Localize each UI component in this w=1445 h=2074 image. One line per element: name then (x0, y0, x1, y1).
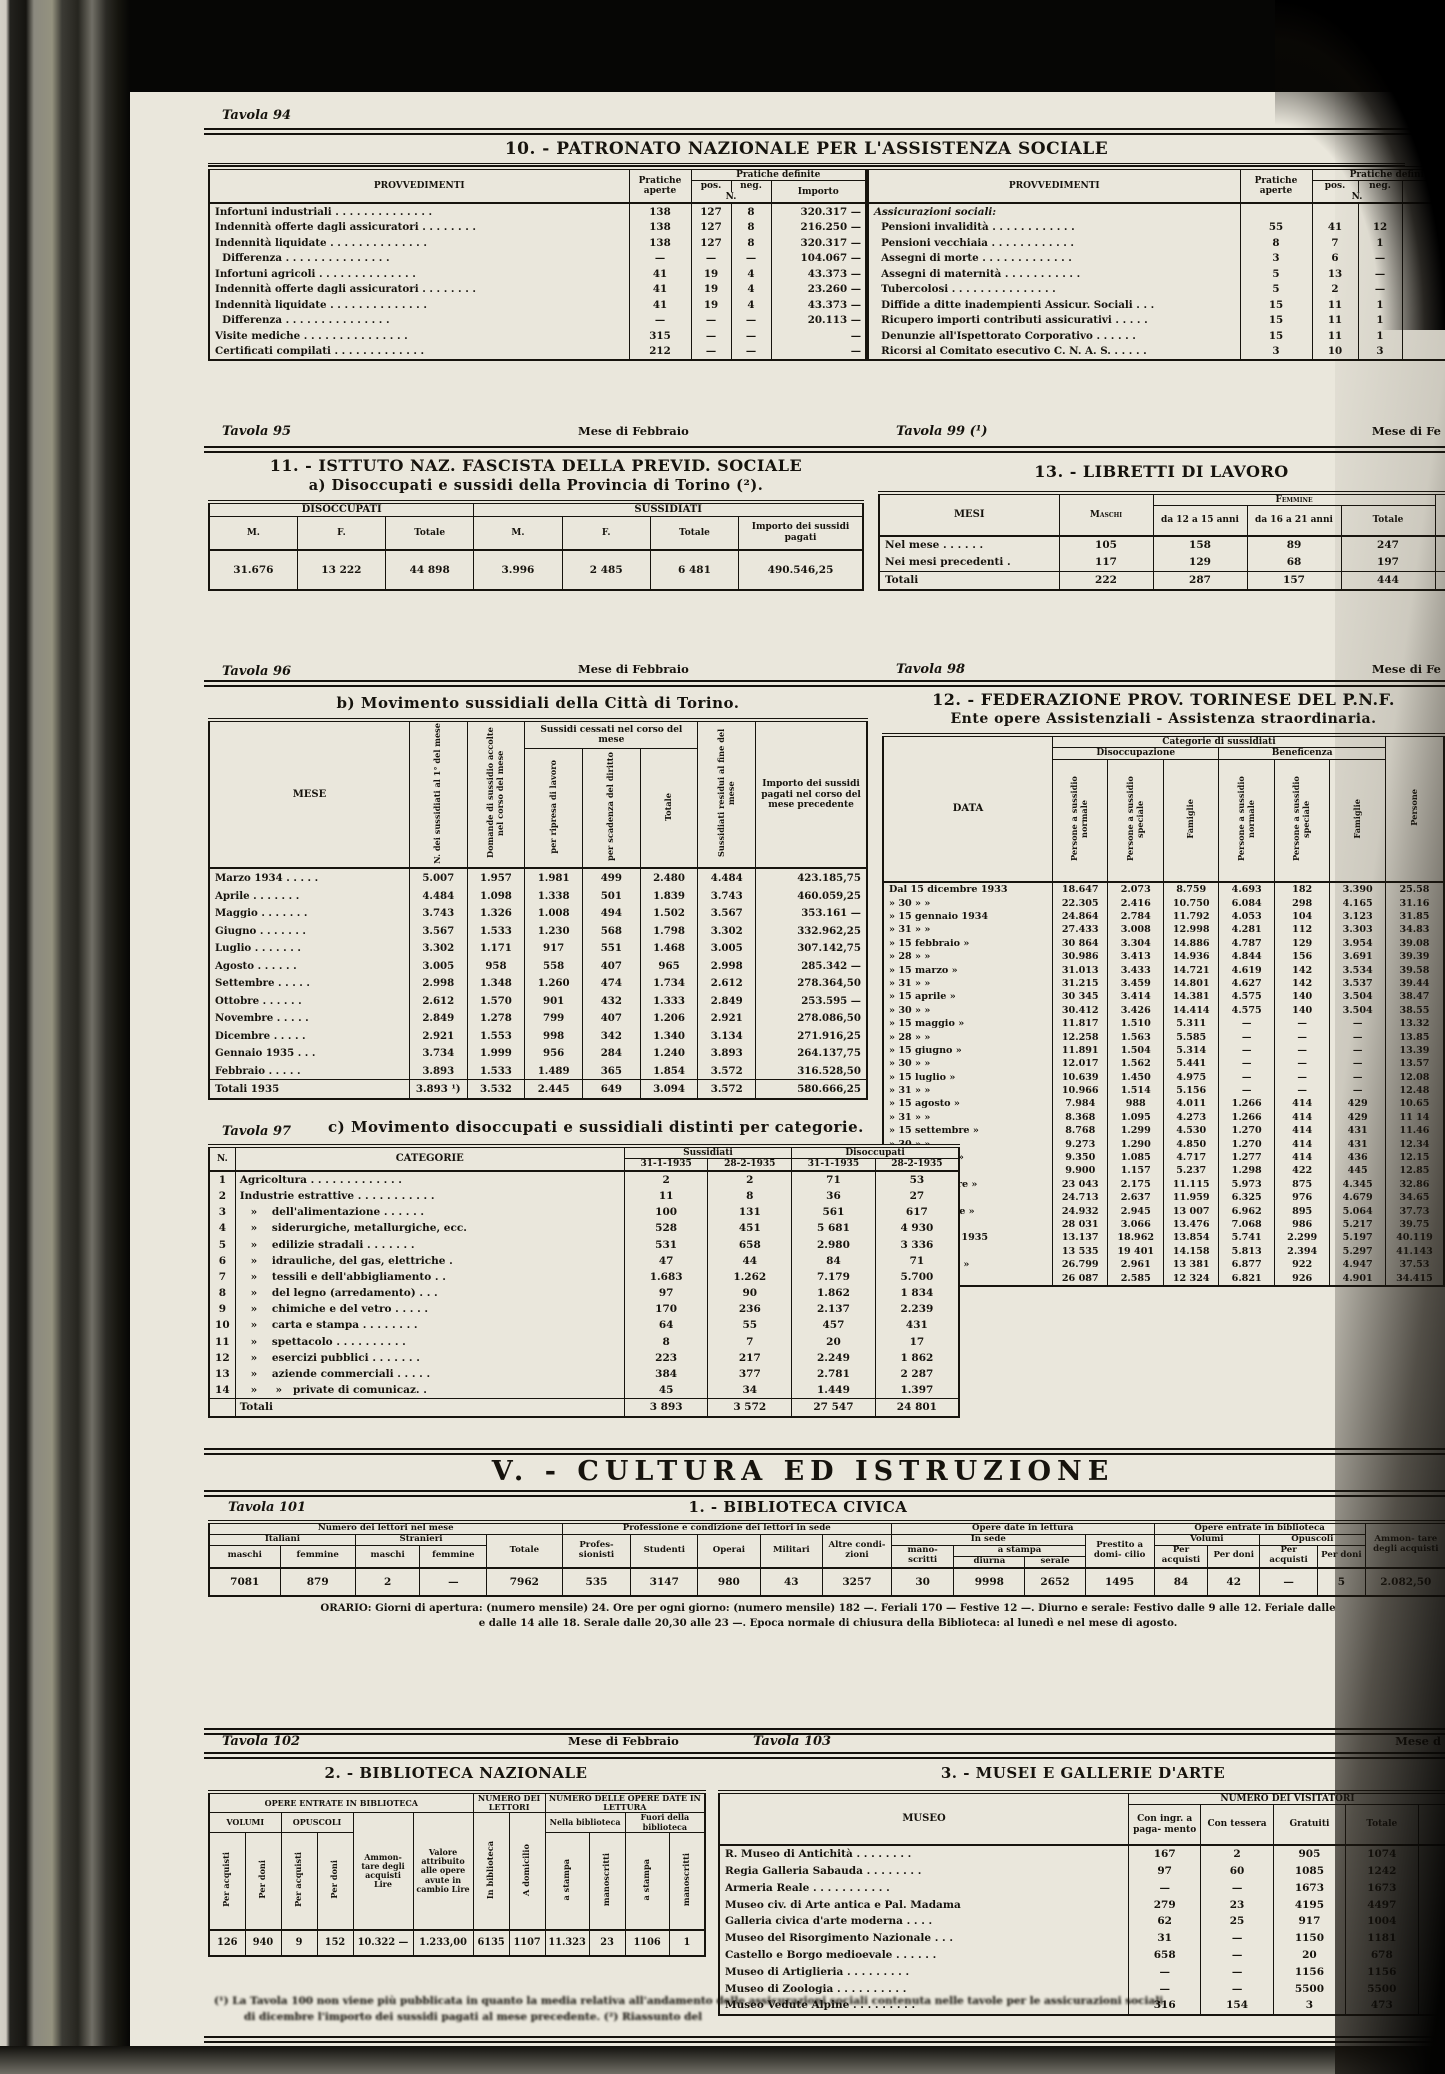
libretti-lavoro-table: MESI Maschi Femmine da 12 a 15 anni da 1… (878, 491, 1445, 591)
table-cell: 5.314 (1163, 1044, 1218, 1057)
table-cell: 4.679 (1330, 1191, 1386, 1204)
group-visitatori: NUMERO DEI VISITATORI (1129, 1792, 1445, 1805)
table-cell: Ricorsi al Comitato esecutivo C. N. A. S… (868, 344, 1240, 361)
table-cell: 1 (1358, 297, 1402, 313)
table-cell: 6135 (473, 1930, 509, 1956)
group-opere-entrate: OPERE ENTRATE IN BIBLIOTECA (209, 1792, 473, 1813)
table-cell: — (771, 344, 866, 361)
col-header-per-acquisti: Per acquisti (222, 1852, 232, 1907)
table-cell: 4497 (1346, 1896, 1418, 1913)
col-header-pratiche-definite: Pratiche definite (1312, 168, 1445, 181)
table-cell: 1.504 (1108, 1044, 1163, 1057)
table-cell: 9998 (954, 1568, 1025, 1596)
table-cell: — (1201, 1947, 1273, 1964)
table-cell: 34.415 (1385, 1271, 1444, 1285)
table-cell: 10 (1312, 344, 1358, 361)
table-cell: 11 (209, 1334, 235, 1350)
table-cell: 112 (1274, 923, 1329, 936)
table-cell: 5.741 (1219, 1231, 1274, 1244)
table-cell: » 31 » » (883, 923, 1053, 936)
table-cell: 501 (582, 887, 640, 905)
table-cell: Industrie estrattive . . . . . . . . . .… (235, 1188, 624, 1204)
table-cell: 1.957 (467, 868, 525, 887)
table-cell: Agosto . . . . . . (209, 957, 409, 975)
table-cell: 53 (875, 1171, 959, 1188)
table-cell: » 15 febbraio » (883, 937, 1053, 950)
table-row: » 31 » »28 0313.06613.4767.0689865.21739… (883, 1218, 1444, 1231)
table-row: » 15 giugno »11.8911.5045.314———13.39 (883, 1044, 1444, 1057)
table-cell: 8.768 (1053, 1124, 1108, 1137)
table-cell: 2.585 (1108, 1271, 1163, 1285)
tavola-94-label: Tavola 94 (222, 108, 291, 123)
table-cell: 3.303 (1330, 923, 1386, 936)
table-row: Dal 15 dicembre 193318.6472.0738.7594.69… (883, 882, 1444, 896)
table-cell: 45 (624, 1382, 708, 1399)
table-cell: 2.612 (698, 974, 756, 992)
table-cell: 11 (624, 1188, 708, 1204)
col-header-diurna: diurna (954, 1556, 1025, 1567)
table-cell: 678 (1346, 1947, 1418, 1964)
table-cell: » del legno (arredamento) . . . (235, 1285, 624, 1301)
musei-table: MUSEO NUMERO DEI VISITATORI Con ingr. a … (718, 1790, 1445, 2016)
table-cell: 126 (209, 1930, 245, 1956)
table-cell: 7081 (209, 1568, 280, 1596)
table-cell: 3.433 (1108, 963, 1163, 976)
col-header-a-stampa: a stampa (562, 1859, 572, 1901)
col-header-neg: neg. (731, 181, 771, 192)
table-cell: — (1219, 1057, 1274, 1070)
footnote: (¹) La Tavola 100 non viene più pubblica… (214, 1994, 1438, 2026)
table-cell: — (1274, 1044, 1329, 1057)
table-cell: Diffide a ditte inadempienti Assicur. So… (868, 297, 1240, 313)
table-cell: 84 (792, 1253, 876, 1269)
table-cell: 2.416 (1108, 896, 1163, 909)
table-row: » 31 » »9.9001.1575.2371.29842244512.85 (883, 1164, 1444, 1177)
table-cell: 1.270 (1219, 1124, 1274, 1137)
col-header-famiglie: Famiglie (1186, 799, 1196, 839)
table-cell: 3.893 (409, 1062, 467, 1080)
col-header-gratuiti: Gratuiti (1273, 1805, 1345, 1845)
col-header-provvedimenti: PROVVEDIMENTI (209, 168, 629, 203)
table-row: Novembre . . . . .2.8491.2787994071.2062… (209, 1009, 867, 1027)
col-header-a-domicilio: A domicilio (522, 1844, 532, 1896)
col-header-ingresso: Con ingr. a paga- mento (1129, 1805, 1201, 1845)
biblioteca-civica-table: Numero dei lettori nel mese Professione … (208, 1520, 1445, 1597)
table-cell: 1.157 (1108, 1164, 1163, 1177)
table-cell: 7 (1312, 235, 1358, 251)
table-cell: 2.781 (792, 1366, 876, 1382)
table-cell: 36 (792, 1188, 876, 1204)
table-cell: » 28 » » (883, 1030, 1053, 1043)
col-header-altre: Altre condi- zioni (823, 1534, 892, 1567)
table-cell: 13 535 (1053, 1245, 1108, 1258)
table-cell: 980 (698, 1568, 760, 1596)
table-cell: Museo di Artiglieria . . . . . . . . . (719, 1963, 1129, 1980)
col-header-opuscoli: OPUSCOLI (281, 1813, 353, 1832)
table-cell: — (1274, 1057, 1329, 1070)
table-cell: 138 (629, 220, 691, 236)
table-cell: 3.414 (1108, 990, 1163, 1003)
table-cell: 212 (629, 344, 691, 361)
section-musei: 3. - MUSEI E GALLERIE D'ARTE MUSEO NUMER… (718, 1760, 1445, 2016)
section-12: 12. - FEDERAZIONE PROV. TORINESE DEL P.N… (882, 690, 1445, 1287)
table-cell: — (1358, 251, 1402, 267)
col-header-per-acquisti: Per acquisti (1154, 1545, 1208, 1567)
table-cell: 30.986 (1053, 950, 1108, 963)
table-cell: 197 (1341, 554, 1435, 572)
table-cell: 31 (1129, 1930, 1201, 1947)
table-cell: Indennità liquidate . . . . . . . . . . … (209, 297, 629, 313)
table-row: 4 » siderurgiche, metallurgiche, ecc.528… (209, 1220, 959, 1236)
table-cell: 9 (209, 1301, 235, 1317)
table-cell: 384 (624, 1366, 708, 1382)
table-cell: 37.73 (1385, 1204, 1444, 1217)
table-cell: 342 (582, 1027, 640, 1045)
table-cell: 1242 (1346, 1863, 1418, 1880)
mese-label: Mese di Febbraio (578, 662, 689, 676)
col-header-serale: serale (1025, 1556, 1085, 1567)
col-header-cut: Persone (1410, 789, 1420, 826)
table-cell: 24.864 (1053, 910, 1108, 923)
table-cell: 4.844 (1219, 950, 1274, 963)
table-row: Regia Galleria Sabauda . . . . . . . .97… (719, 1863, 1445, 1880)
table-cell: 5.441 (1163, 1057, 1218, 1070)
table-cell: 1.734 (640, 974, 698, 992)
col-header-m: M. (209, 516, 297, 550)
table-cell: — (691, 313, 731, 329)
table-cell: 30 (891, 1568, 953, 1596)
col-header-cut (1418, 1805, 1445, 1845)
table-row: » 15 agosto »7.9849884.0111.26641442910.… (883, 1097, 1444, 1110)
table-cell: 253.595 — (756, 992, 867, 1010)
table-cell: 41 (629, 297, 691, 313)
table-cell: 320.317 — (771, 235, 866, 251)
col-header-da12: da 12 a 15 anni (1153, 506, 1247, 536)
table-cell: 617 (875, 1204, 959, 1220)
table-cell: — (1129, 1879, 1201, 1896)
col-header-totale: Totale (487, 1534, 562, 1567)
table-cell: 3.005 (698, 939, 756, 957)
table-cell: » 30 » » (883, 1004, 1053, 1017)
table-cell: 19 401 (1108, 1245, 1163, 1258)
scan-bottom-edge (0, 2046, 1445, 2074)
table-row: » 15 maggio »11.8171.5105.311———13.32 (883, 1017, 1444, 1030)
table-cell: 5.973 (1219, 1178, 1274, 1191)
col-header-pratiche-aperte: Pratiche aperte (629, 168, 691, 203)
table-cell: » 30 » » (883, 896, 1053, 909)
table-cell: 7.179 (792, 1269, 876, 1285)
table-cell: 1.449 (792, 1382, 876, 1399)
biblioteca-nazionale-table: OPERE ENTRATE IN BIBLIOTECA NUMERO DEI L… (208, 1790, 706, 1957)
table-cell: 799 (525, 1009, 583, 1027)
col-header-m: M. (474, 516, 562, 550)
table-cell: 13.32 (1385, 1017, 1444, 1030)
table-row: 1Agricoltura . . . . . . . . . . . . .22… (209, 1171, 959, 1188)
table-cell: 3.304 (1108, 937, 1163, 950)
table-cell: 11.115 (1163, 1178, 1218, 1191)
table-cell: 6 (209, 1253, 235, 1269)
section-b-title: b) Movimento sussidiali della Città di T… (208, 690, 868, 718)
table-cell: 2.921 (409, 1027, 467, 1045)
col-header-femmine: femmine (280, 1545, 355, 1567)
table-row: Ricupero importi contributi assicurativi… (868, 313, 1445, 329)
table-cell: 4.975 (1163, 1071, 1218, 1084)
table-cell: 11.323 (545, 1930, 589, 1956)
table-cell: 140 (1274, 1004, 1329, 1017)
table-cell: 377 (708, 1366, 792, 1382)
table-cell: 1.553 (467, 1027, 525, 1045)
table-cell: 1.085 (1108, 1151, 1163, 1164)
table-row: Assegni di morte . . . . . . . . . . . .… (868, 251, 1445, 267)
table-cell: 431 (1330, 1124, 1386, 1137)
col-header-studenti: Studenti (631, 1534, 698, 1567)
table-cell: 4.273 (1163, 1111, 1218, 1124)
table-cell: 44 (708, 1253, 792, 1269)
col-header-sussidiati: Sussidiati (624, 1146, 791, 1159)
table-cell: 353.161 — (756, 904, 867, 922)
table-cell: 3.734 (409, 1044, 467, 1062)
table-cell: 1.683 (624, 1269, 708, 1285)
table-cell: 285.342 — (756, 957, 867, 975)
table-row: Totali3 8933 57227 54724 801 (209, 1399, 959, 1417)
table-cell: 5 (1240, 282, 1312, 298)
table-cell: Indennità offerte dagli assicuratori . .… (209, 282, 629, 298)
table-cell (1402, 297, 1445, 313)
table-row: » 15 marzo »31.0133.43314.7214.6191423.5… (883, 963, 1444, 976)
table-row: Ricorsi al Comitato esecutivo C. N. A. S… (868, 344, 1445, 361)
table-cell: 11.959 (1163, 1191, 1218, 1204)
table-row: Galleria civica d'arte moderna . . . .62… (719, 1913, 1445, 1930)
table-row: Differenza . . . . . . . . . . . . . . .… (209, 251, 866, 267)
table-cell: 2.784 (1108, 910, 1163, 923)
table-cell: Museo civ. di Arte antica e Pal. Madama (719, 1896, 1129, 1913)
table-cell: 41.143 (1385, 1245, 1444, 1258)
table-cell: 23 043 (1053, 1178, 1108, 1191)
table-cell: 4.345 (1330, 1178, 1386, 1191)
table-cell: » aziende commerciali . . . . . (235, 1366, 624, 1382)
table-cell: 42 (1208, 1568, 1260, 1596)
table-row: R. Museo di Antichità . . . . . . . .167… (719, 1845, 1445, 1863)
table-cell: 7.068 (1219, 1218, 1274, 1231)
table-row: » 28 » »12.2581.5635.585———13.85 (883, 1030, 1444, 1043)
table-cell: Pensioni invalidità . . . . . . . . . . … (868, 220, 1240, 236)
table-cell (209, 1399, 235, 1417)
table-cell: 1181 (1346, 1930, 1418, 1947)
table-cell (1402, 251, 1445, 267)
table-cell: 3.954 (1330, 937, 1386, 950)
table-cell: 14.801 (1163, 977, 1218, 990)
rule-top (204, 128, 1445, 135)
table-row: 12 » esercizi pubblici . . . . . . .2232… (209, 1350, 959, 1366)
table-cell: 236 (708, 1301, 792, 1317)
table-cell: 3.123 (1330, 910, 1386, 923)
table-row: » 30 » »12.0171.5625.441———13.57 (883, 1057, 1444, 1070)
table-cell: 156 (1274, 950, 1329, 963)
table-cell: » esercizi pubblici . . . . . . . (235, 1350, 624, 1366)
table-cell: 4.619 (1219, 963, 1274, 976)
table-cell: — (629, 313, 691, 329)
table-cell: — (629, 251, 691, 267)
table-row: Marzo 1934 . . . . .5.0071.9571.9814992.… (209, 868, 867, 887)
table-cell: 3.534 (1330, 963, 1386, 976)
table-cell: 431 (875, 1317, 959, 1333)
table-cell: 13.57 (1385, 1057, 1444, 1070)
table-cell: 1156 (1273, 1963, 1345, 1980)
table-cell: 4.717 (1163, 1151, 1218, 1164)
table-cell: Assegni di maternità . . . . . . . . . .… (868, 266, 1240, 282)
table-cell: 1.338 (525, 887, 583, 905)
table-cell: 2.239 (875, 1301, 959, 1317)
col-header-operai: Operai (698, 1534, 760, 1567)
table-cell: 11 (1312, 313, 1358, 329)
table-row: » 15 luglio »10.6391.4504.975———12.08 (883, 1071, 1444, 1084)
table-cell: 278.364,50 (756, 974, 867, 992)
table-cell: 1.489 (525, 1062, 583, 1080)
table-row: Luglio . . . . . . .3.3021.1719175511.46… (209, 939, 867, 957)
col-header-maschi: maschi (355, 1545, 420, 1567)
table-cell: Maggio . . . . . . . (209, 904, 409, 922)
table-cell: 1.260 (525, 974, 583, 992)
table-cell: 3.390 (1330, 882, 1386, 896)
table-cell: 4.575 (1219, 1004, 1274, 1017)
col-header-femmine: femmine (420, 1545, 487, 1567)
table-row: Totali 19353.893 ¹)3.5322.4456493.0943.5… (209, 1080, 867, 1099)
table-cell: 12 (209, 1350, 235, 1366)
table-cell: 998 (525, 1027, 583, 1045)
table-cell: 5 (209, 1236, 235, 1252)
table-cell: 39.58 (1385, 963, 1444, 976)
table-cell: Assicurazioni sociali: (868, 203, 1240, 220)
table-cell: 217 (708, 1350, 792, 1366)
table-row: Totali222287157444 (879, 571, 1445, 590)
table-cell: 12.258 (1053, 1030, 1108, 1043)
table-cell: 940 (245, 1930, 281, 1956)
table-cell: 11.792 (1163, 910, 1218, 923)
table-cell: » 31 » » (883, 1084, 1053, 1097)
table-cell: 31.676 (209, 550, 297, 590)
footer-strip-1: Tavola 95 Mese di Febbraio Tavola 99 (¹)… (208, 424, 1445, 446)
scan-left-edge (0, 0, 130, 2074)
table-cell: — (731, 313, 771, 329)
table-cell: — (1201, 1963, 1273, 1980)
table-cell: — (691, 328, 731, 344)
table-cell: » 15 aprile » (883, 990, 1053, 1003)
col-header-cut (1435, 493, 1445, 536)
table-cell: 1085 (1273, 1863, 1345, 1880)
col-header-categorie: CATEGORIE (235, 1146, 624, 1171)
col-header-nella-biblioteca: Nella biblioteca (545, 1813, 625, 1832)
table-cell: 3.572 (698, 1080, 756, 1099)
table-cell: 2.394 (1274, 1245, 1329, 1258)
col-header-mesi: MESI (879, 493, 1059, 536)
table-cell: 20 (792, 1334, 876, 1350)
table-cell: 3.413 (1108, 950, 1163, 963)
col-header-data2: 28-2-1935 (708, 1159, 792, 1171)
table-cell (1402, 235, 1445, 251)
table-cell: 1.298 (1219, 1164, 1274, 1177)
col-header-ammontare: Ammon- tare degli acquisti Lire (353, 1813, 413, 1930)
table-cell: » 15 gennaio 1934 (883, 910, 1053, 923)
page: Tavola 94 10. - PATRONATO NAZIONALE PER … (130, 92, 1445, 2046)
group-opere-lettura: Opere date in lettura (891, 1522, 1154, 1534)
table-cell: 14.886 (1163, 937, 1218, 950)
table-cell: 3.691 (1330, 950, 1386, 963)
table-cell: 1.095 (1108, 1111, 1163, 1124)
table-cell: 561 (792, 1204, 876, 1220)
col-header-per-doni: Per doni (1208, 1545, 1260, 1567)
table-cell: 1673 (1346, 1879, 1418, 1896)
table-cell: 3.302 (409, 939, 467, 957)
table-cell: 4.627 (1219, 977, 1274, 990)
section-13-title: 13. - LIBRETTI DI LAVORO (878, 456, 1445, 491)
table-cell: 2 (1312, 282, 1358, 298)
table-cell: 12 324 (1163, 1271, 1218, 1285)
table-cell: Galleria civica d'arte moderna . . . . (719, 1913, 1129, 1930)
table-cell: 1.098 (467, 887, 525, 905)
table-row: Settembre . . . . .2.9981.3481.2604741.7… (209, 974, 867, 992)
table-cell: 13.476 (1163, 1218, 1218, 1231)
table-cell: 10.322 — (353, 1930, 413, 1956)
table-row: 7 » tessili e dell'abbigliamento . .1.68… (209, 1269, 959, 1285)
tavola-103-label: Tavola 103 (753, 1734, 831, 1749)
table-cell: 170 (624, 1301, 708, 1317)
table-cell: 34.83 (1385, 923, 1444, 936)
table-cell: 55 (708, 1317, 792, 1333)
table-cell: 875 (1274, 1178, 1329, 1191)
table-cell: 20 (1273, 1947, 1345, 1964)
table-cell: Totali (879, 571, 1059, 590)
section-c: Tavola 97 c) Movimento disoccupati e sus… (208, 1118, 960, 1418)
table-cell: 71 (792, 1171, 876, 1188)
table-cell: 25 (1201, 1913, 1273, 1930)
col-header-italiani: Italiani (209, 1534, 355, 1545)
table-cell: 1 862 (875, 1350, 959, 1366)
table-cell: 6.325 (1219, 1191, 1274, 1204)
federazione-table: DATA Categorie di sussidiati Persone Dis… (882, 733, 1445, 1287)
rule-3 (204, 680, 1445, 687)
table-cell: 407 (582, 957, 640, 975)
table-cell: 44 898 (386, 550, 474, 590)
section-10-title: 10. - PATRONATO NAZIONALE PER L'ASSISTEN… (208, 136, 1405, 166)
table-cell: 2.849 (409, 1009, 467, 1027)
table-cell: Agricoltura . . . . . . . . . . . . . (235, 1171, 624, 1188)
table-cell: 4 (731, 282, 771, 298)
table-cell: 988 (1108, 1097, 1163, 1110)
table-cell: 1.510 (1108, 1017, 1163, 1030)
table-cell: Infortuni agricoli . . . . . . . . . . .… (209, 266, 629, 282)
table-row: » 15 settembre »8.7681.2994.5301.2704144… (883, 1124, 1444, 1137)
mese-label-cut: Mese d (1395, 1734, 1441, 1748)
table-cell: 43.373 — (771, 266, 866, 282)
table-cell: 7 (209, 1269, 235, 1285)
col-header-f: F. (297, 516, 385, 550)
table-cell (1402, 220, 1445, 236)
table-cell: 1.999 (467, 1044, 525, 1062)
table-cell: 158 (1153, 536, 1247, 554)
table-cell: 1.278 (467, 1009, 525, 1027)
table-row: » 30 » »22.3052.41610.7506.0842984.16531… (883, 896, 1444, 909)
tavola-99-label: Tavola 99 (¹) (896, 424, 988, 439)
table-cell: 23.260 — (771, 282, 866, 298)
table-cell: 320.317 — (771, 203, 866, 220)
col-header-famiglie: Famiglie (1353, 799, 1363, 839)
table-cell: 5.007 (409, 868, 467, 887)
section-11-subtitle: a) Disoccupati e sussidi della Provincia… (208, 475, 864, 500)
table-cell: Nei mesi precedenti . (879, 554, 1059, 572)
table-cell: 97 (624, 1285, 708, 1301)
table-cell: Assegni di morte . . . . . . . . . . . .… (868, 251, 1240, 267)
table-cell: 1.262 (708, 1269, 792, 1285)
